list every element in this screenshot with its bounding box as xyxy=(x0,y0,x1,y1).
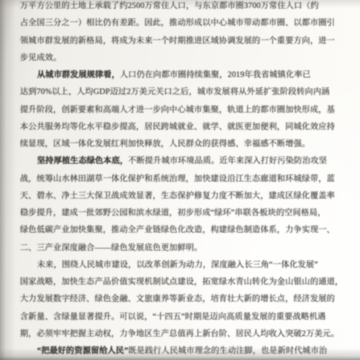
line-lead: 从城市群发展规律看， xyxy=(37,70,120,79)
line-text: 期，必须牢牢把握主动权，力争地区生产总值再上新台阶、居民人均收入突破2万美元。 xyxy=(20,329,339,338)
line-text: 续显现，区域一体化发展红利加快释放，人民群众的获得感、幸福感不断增强。 xyxy=(20,139,310,148)
line-text: 未来，围绕人民城市建设，以改革创新为动力，深度融入长三角“一体化发展” xyxy=(37,260,318,269)
line-text: 领城市群发展的新格局，将成为未来一个时期推进区域协调发展的一个重要方向，进一 xyxy=(20,36,335,45)
line-text: 天、碧水、净土三大保卫战成效显著，生态保护修复力度不断加大，建成区绿化覆盖率 xyxy=(20,191,335,200)
text-line: 期，必须牢牢把握主动权，力争地区生产总值再上新台阶、居民人均收入突破2万美元。 xyxy=(20,325,350,342)
text-line: 占全国三分之一）相比仍有差距。因此，推动形成以中心城市带动都市圈、以都市圈引 xyxy=(20,14,350,31)
text-line: 绿色低碳产业加快集聚，推动全产业链绿色化改造，构建绿色制造体系，力争实现一、 xyxy=(20,221,350,238)
line-lead: “把最好的资源留给人民” xyxy=(37,346,128,355)
line-text: 绿色低碳产业加快集聚，推动全产业链绿色化改造，构建绿色制造体系，力争实现一、 xyxy=(20,225,335,234)
document-photo: 万平方公里的土地上承载了约2500万常住人口，与东京都市圈3700万常住人口（约… xyxy=(0,0,360,360)
text-line-paragraph-start: 坚持厚植生态绿色本底，不断提升城市环境品质。近年来深入打好污染防治攻坚 xyxy=(20,152,350,169)
line-text: 大力发展数字经济、绿色金融、文旅康养等新业态，培育壮大新的增长点，经济发展的 xyxy=(20,294,335,303)
text-line: 二、三产业深度融合——绿色发展底色更加鲜明。 xyxy=(20,239,350,256)
text-line-paragraph-start: “把最好的资源留给人民”既是践行人民城市理念的生动注脚，也是新时代城市治 xyxy=(20,342,350,359)
text-line: 国家战略，加快生态产品价值实现机制试点建设，拓宽绿水青山转化为金山银山的通道， xyxy=(20,273,350,290)
text-line: 续显现，区域一体化发展红利加快释放，人民群众的获得感、幸福感不断增强。 xyxy=(20,135,350,152)
line-text: 万平方公里的土地上承载了约2500万常住人口，与东京都市圈3700万常住人口（约 xyxy=(20,1,319,10)
line-text: 占全国三分之一）相比仍有差距。因此，推动形成以中心城市带动都市圈、以都市圈引 xyxy=(20,18,335,27)
text-line: 万平方公里的土地上承载了约2500万常住人口，与东京都市圈3700万常住人口（约 xyxy=(20,0,350,14)
line-text: 既是践行人民城市理念的生动注脚，也是新时代城市治 xyxy=(128,346,327,355)
text-line: 达到70%以上，人均GDP迈过2万美元关口之后，城市发展将从外延扩张阶段转向内涵 xyxy=(20,83,350,100)
text-line: 领城市群发展的新格局，将成为未来一个时期推进区域协调发展的一个重要方向，进一 xyxy=(20,32,350,49)
text-line: 天、碧水、净土三大保卫战成效显著，生态保护修复力度不断加大，建成区绿化覆盖率 xyxy=(20,187,350,204)
line-text: 人口仍在向都市圈持续集聚，2019年我省城镇化率已 xyxy=(120,70,311,79)
line-text: 稳步提升，建成一批郊野公园和滨水绿道，初步形成“绿环”串联各板块的空间格局， xyxy=(20,208,326,217)
line-text: 步见成效。 xyxy=(20,53,61,62)
text-line: 大力发展数字经济、绿色金融、文旅康养等新业态，培育壮大新的增长点，经济发展的 xyxy=(20,290,350,307)
line-text: 战，统筹山水林田湖草一体化保护和系统治理，加快建设沿江生态廊道和环城绿带，蓝 xyxy=(20,174,335,183)
text-line: 含新量、含绿量显著提升。可以说，“十四五”时期是迈向高质量发展的重要战略机遇 xyxy=(20,308,350,325)
text-line: 稳步提升，建成一批郊野公园和滨水绿道，初步形成“绿环”串联各板块的空间格局， xyxy=(20,204,350,221)
text-line: 战，统筹山水林田湖草一体化保护和系统治理，加快建设沿江生态廊道和环城绿带，蓝 xyxy=(20,170,350,187)
line-text: 本公共服务均等化水平稳步提高，居民跨城就业、就学、就医更加便利，同城化效应持 xyxy=(20,122,335,131)
line-text: 不断提升城市环境品质。近年来深入打好污染防治攻坚 xyxy=(128,156,327,165)
line-text: 二、三产业深度融合——绿色发展底色更加鲜明。 xyxy=(20,243,202,252)
line-text: 含新量、含绿量显著提升。可以说，“十四五”时期是迈向高质量发展的重要战略机遇 xyxy=(20,312,326,321)
line-text: 达到70%以上，人均GDP迈过2万美元关口之后，城市发展将从外延扩张阶段转向内涵 xyxy=(20,87,330,96)
document-text: 万平方公里的土地上承载了约2500万常住人口，与东京都市圈3700万常住人口（约… xyxy=(20,0,350,359)
text-line-paragraph-start: 未来，围绕人民城市建设，以改革创新为动力，深度融入长三角“一体化发展” xyxy=(20,256,350,273)
line-text: 国家战略，加快生态产品价值实现机制试点建设，拓宽绿水青山转化为金山银山的通道， xyxy=(20,277,343,286)
text-line: 提升阶段，创新要素和高端人才进一步向中心城市集聚，轨道上的都市圈加快形成，基 xyxy=(20,101,350,118)
text-line-paragraph-start: 从城市群发展规律看，人口仍在向都市圈持续集聚，2019年我省城镇化率已 xyxy=(20,66,350,83)
line-lead: 坚持厚植生态绿色本底， xyxy=(37,156,128,165)
text-line: 本公共服务均等化水平稳步提高，居民跨城就业、就学、就医更加便利，同城化效应持 xyxy=(20,118,350,135)
text-line: 步见成效。 xyxy=(20,49,350,66)
line-text: 提升阶段，创新要素和高端人才进一步向中心城市集聚，轨道上的都市圈加快形成，基 xyxy=(20,105,335,114)
